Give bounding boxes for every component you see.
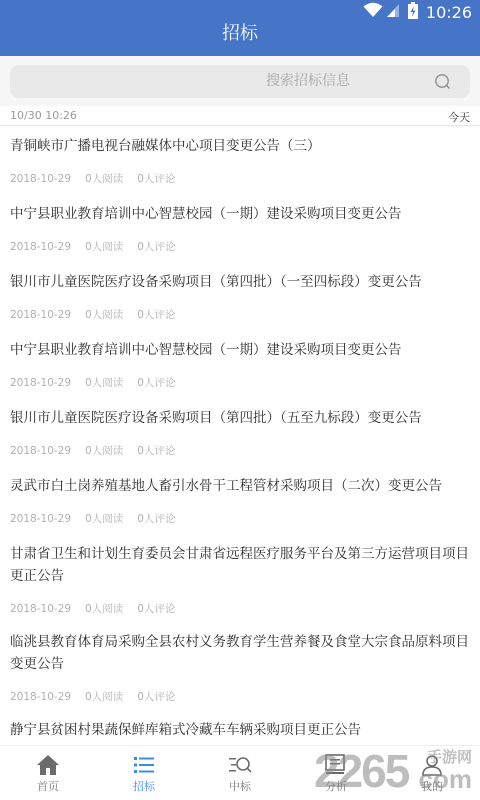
nav-item-tender[interactable]: 招标 [96, 746, 192, 800]
tender-list[interactable]: 青铜峡市广播电视台融媒体中心项目变更公告（三） 2018-10-29 0人阅读 … [0, 127, 480, 745]
item-title: 甘肃省卫生和计划生育委员会甘肃省远程医疗服务平台及第三方运营项目项目更正公告 [10, 543, 470, 587]
nav-label: 中标 [192, 778, 288, 794]
nav-item-mine[interactable]: 我的 [384, 746, 480, 800]
list-item[interactable]: 静宁县贫困村果蔬保鲜库箱式冷藏车车辆采购项目更正公告 [0, 711, 480, 745]
list-item[interactable]: 临洮县教育体育局采购全县农村义务教育学生营养餐及食堂大宗食品原料项目变更公告 2… [0, 623, 480, 711]
app-root: 10:26 招标 搜索招标信息 10/30 10:26 今天 青铜峡市广播电视台… [0, 0, 480, 800]
list-item[interactable]: 中宁县职业教育培训中心智慧校园（一期）建设采购项目变更公告 2018-10-29… [0, 195, 480, 263]
item-reads: 0人阅读 [85, 375, 123, 391]
nav-item-awarded[interactable]: 中标 [192, 746, 288, 800]
page-title: 招标 [0, 22, 480, 46]
item-reads: 0人阅读 [85, 171, 123, 187]
item-title: 中宁县职业教育培训中心智慧校园（一期）建设采购项目变更公告 [10, 203, 470, 225]
item-reads: 0人阅读 [85, 307, 123, 323]
item-date: 2018-10-29 [10, 171, 71, 187]
item-comments: 0人评论 [137, 511, 175, 527]
item-date: 2018-10-29 [10, 601, 71, 617]
item-reads: 0人阅读 [85, 689, 123, 705]
home-icon [36, 754, 60, 776]
item-title: 静宁县贫困村果蔬保鲜库箱式冷藏车车辆采购项目更正公告 [10, 719, 470, 741]
item-reads: 0人阅读 [85, 511, 123, 527]
search-area: 搜索招标信息 [0, 56, 480, 106]
signal-icon [386, 2, 400, 22]
nav-label: 分析 [288, 778, 384, 794]
item-meta: 2018-10-29 0人阅读 0人评论 [10, 601, 470, 617]
refresh-date-bar: 10/30 10:26 今天 [0, 106, 480, 126]
today-label: 今天 [448, 109, 470, 125]
nav-label: 首页 [0, 778, 96, 794]
user-icon [420, 754, 444, 776]
item-meta: 2018-10-29 0人阅读 0人评论 [10, 375, 470, 391]
item-comments: 0人评论 [137, 443, 175, 459]
item-title: 青铜峡市广播电视台融媒体中心项目变更公告（三） [10, 135, 470, 157]
item-meta: 2018-10-29 0人阅读 0人评论 [10, 511, 470, 527]
list-icon [132, 754, 156, 776]
list-item[interactable]: 甘肃省卫生和计划生育委员会甘肃省远程医疗服务平台及第三方运营项目项目更正公告 2… [0, 535, 480, 623]
item-meta: 2018-10-29 0人阅读 0人评论 [10, 239, 470, 255]
item-title: 灵武市白土岗养殖基地人畜引水骨干工程管材采购项目（二次）变更公告 [10, 475, 470, 497]
item-meta: 2018-10-29 0人阅读 0人评论 [10, 689, 470, 705]
list-item[interactable]: 中宁县职业教育培训中心智慧校园（一期）建设采购项目变更公告 2018-10-29… [0, 331, 480, 399]
item-reads: 0人阅读 [85, 601, 123, 617]
item-comments: 0人评论 [137, 239, 175, 255]
nav-label: 招标 [96, 778, 192, 794]
list-item[interactable]: 银川市儿童医院医疗设备采购项目（第四批）（一至四标段）变更公告 2018-10-… [0, 263, 480, 331]
item-comments: 0人评论 [137, 307, 175, 323]
item-date: 2018-10-29 [10, 239, 71, 255]
analysis-icon [324, 754, 348, 776]
search-input[interactable]: 搜索招标信息 [10, 65, 470, 98]
item-meta: 2018-10-29 0人阅读 0人评论 [10, 171, 470, 187]
item-title: 银川市儿童医院医疗设备采购项目（第四批）（一至四标段）变更公告 [10, 271, 470, 293]
search-placeholder: 搜索招标信息 [10, 65, 350, 98]
bottom-nav: 首页 招标 中标 分析 我的 [0, 745, 480, 800]
item-date: 2018-10-29 [10, 689, 71, 705]
item-title: 临洮县教育体育局采购全县农村义务教育学生营养餐及食堂大宗食品原料项目变更公告 [10, 631, 470, 675]
item-comments: 0人评论 [137, 689, 175, 705]
search-list-icon [228, 754, 252, 776]
item-comments: 0人评论 [137, 601, 175, 617]
last-updated-time: 10/30 10:26 [10, 109, 77, 122]
search-icon[interactable] [434, 73, 452, 91]
item-title: 中宁县职业教育培训中心智慧校园（一期）建设采购项目变更公告 [10, 339, 470, 361]
battery-charging-icon [408, 2, 418, 23]
nav-item-home[interactable]: 首页 [0, 746, 96, 800]
item-date: 2018-10-29 [10, 443, 71, 459]
nav-label: 我的 [384, 778, 480, 794]
status-time: 10:26 [426, 3, 472, 22]
item-comments: 0人评论 [137, 375, 175, 391]
item-reads: 0人阅读 [85, 443, 123, 459]
nav-item-analysis[interactable]: 分析 [288, 746, 384, 800]
item-meta: 2018-10-29 0人阅读 0人评论 [10, 307, 470, 323]
list-item[interactable]: 银川市儿童医院医疗设备采购项目（第四批）（五至九标段）变更公告 2018-10-… [0, 399, 480, 467]
item-comments: 0人评论 [137, 171, 175, 187]
app-header: 10:26 招标 [0, 0, 480, 56]
item-meta: 2018-10-29 0人阅读 0人评论 [10, 443, 470, 459]
list-item[interactable]: 灵武市白土岗养殖基地人畜引水骨干工程管材采购项目（二次）变更公告 2018-10… [0, 467, 480, 535]
list-item[interactable]: 青铜峡市广播电视台融媒体中心项目变更公告（三） 2018-10-29 0人阅读 … [0, 127, 480, 195]
item-reads: 0人阅读 [85, 239, 123, 255]
status-bar: 10:26 [0, 0, 480, 24]
wifi-icon [363, 2, 383, 22]
item-title: 银川市儿童医院医疗设备采购项目（第四批）（五至九标段）变更公告 [10, 407, 470, 429]
item-date: 2018-10-29 [10, 511, 71, 527]
item-date: 2018-10-29 [10, 307, 71, 323]
item-date: 2018-10-29 [10, 375, 71, 391]
